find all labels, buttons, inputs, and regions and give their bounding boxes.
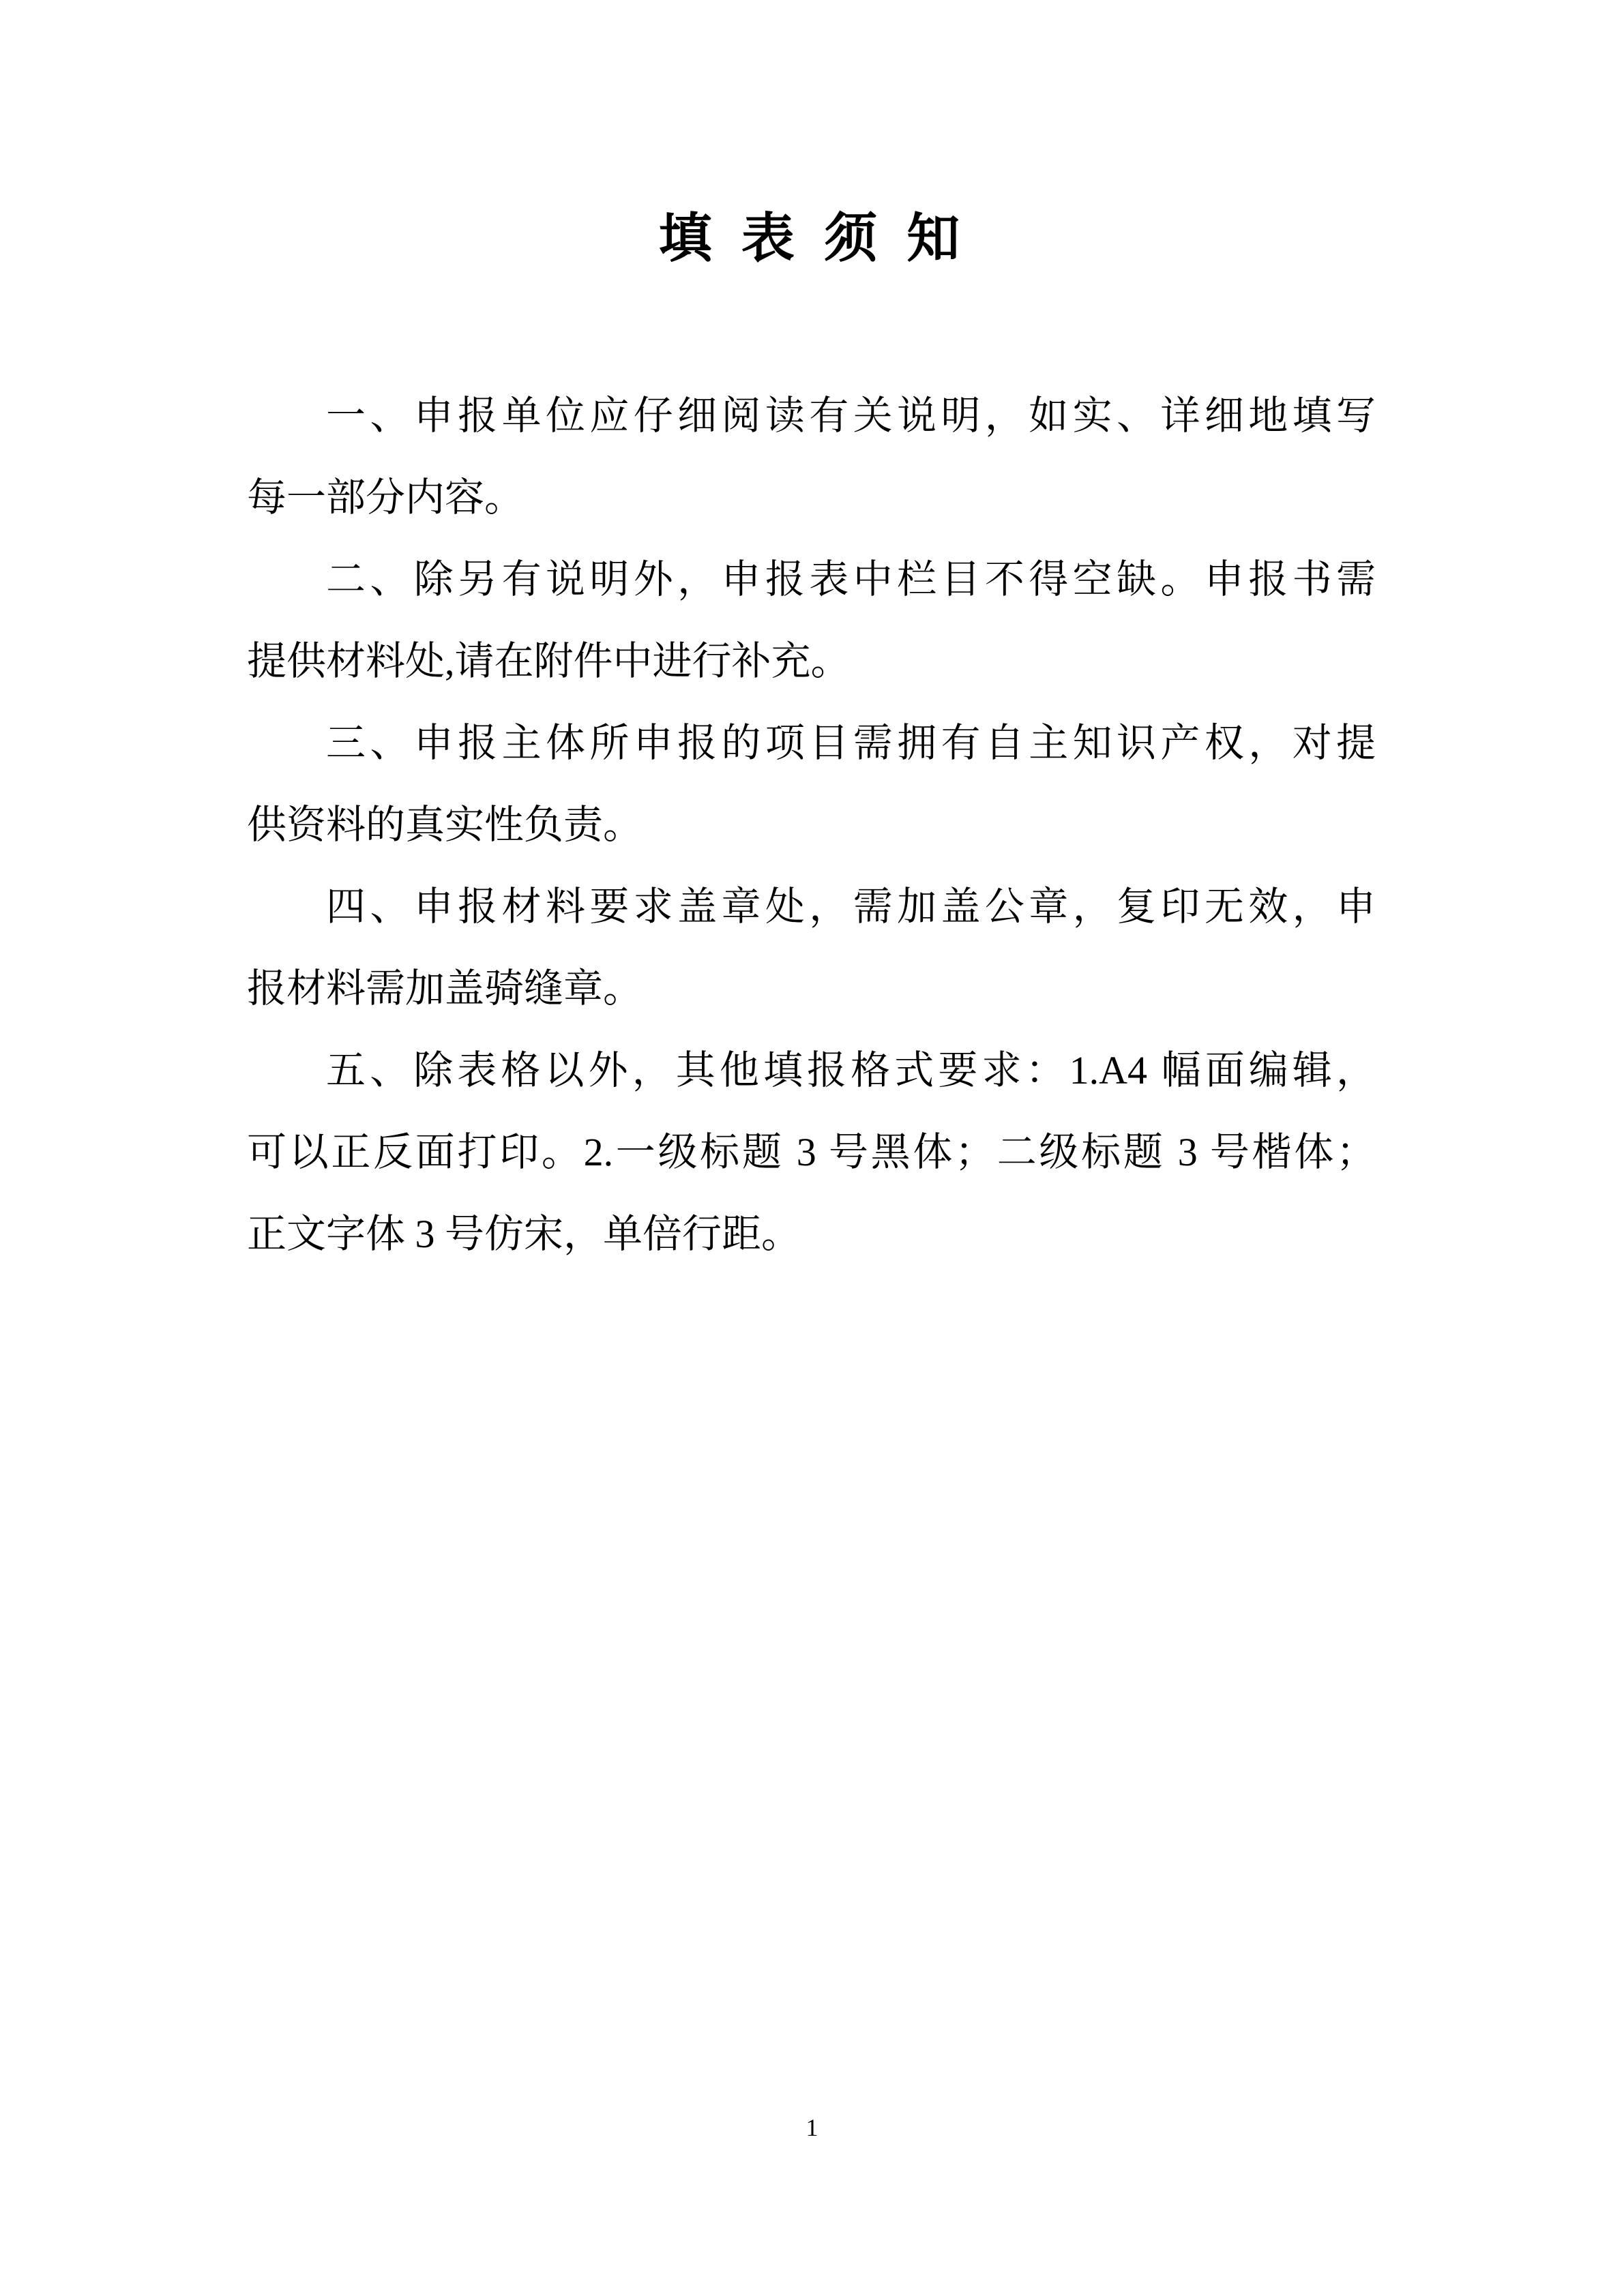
para-5-line-1: 五、除表格以外，其他填报格式要求：1.A4 幅面编辑， xyxy=(247,1030,1376,1112)
paragraph-2: 二、除另有说明外，申报表中栏目不得空缺。申报书需 提供材料处,请在附件中进行补充… xyxy=(247,539,1376,702)
paragraph-3: 三、申报主体所申报的项目需拥有自主知识产权，对提 供资料的真实性负责。 xyxy=(247,702,1376,866)
para-3-line-2: 供资料的真实性负责。 xyxy=(247,784,1376,866)
page-title: 填 表 须 知 xyxy=(0,201,1624,276)
document-page: 填 表 须 知 一、申报单位应仔细阅读有关说明，如实、详细地填写 每一部分内容。… xyxy=(0,0,1624,2296)
para-4-line-2: 报材料需加盖骑缝章。 xyxy=(247,948,1376,1030)
para-2-line-1: 二、除另有说明外，申报表中栏目不得空缺。申报书需 xyxy=(247,539,1376,621)
paragraph-1: 一、申报单位应仔细阅读有关说明，如实、详细地填写 每一部分内容。 xyxy=(247,375,1376,539)
paragraph-4: 四、申报材料要求盖章处，需加盖公章，复印无效，申 报材料需加盖骑缝章。 xyxy=(247,866,1376,1030)
paragraph-5: 五、除表格以外，其他填报格式要求：1.A4 幅面编辑， 可以正反面打印。2.一级… xyxy=(247,1030,1376,1275)
para-1-line-2: 每一部分内容。 xyxy=(247,457,1376,539)
para-5-line-3: 正文字体 3 号仿宋，单倍行距。 xyxy=(247,1193,1376,1275)
para-2-line-2: 提供材料处,请在附件中进行补充。 xyxy=(247,621,1376,702)
para-5-line-2: 可以正反面打印。2.一级标题 3 号黑体；二级标题 3 号楷体； xyxy=(247,1112,1376,1193)
para-3-line-1: 三、申报主体所申报的项目需拥有自主知识产权，对提 xyxy=(247,702,1376,784)
para-4-line-1: 四、申报材料要求盖章处，需加盖公章，复印无效，申 xyxy=(247,866,1376,948)
para-1-line-1: 一、申报单位应仔细阅读有关说明，如实、详细地填写 xyxy=(247,375,1376,457)
page-number: 1 xyxy=(0,2113,1624,2143)
document-body: 一、申报单位应仔细阅读有关说明，如实、详细地填写 每一部分内容。 二、除另有说明… xyxy=(247,375,1376,1275)
